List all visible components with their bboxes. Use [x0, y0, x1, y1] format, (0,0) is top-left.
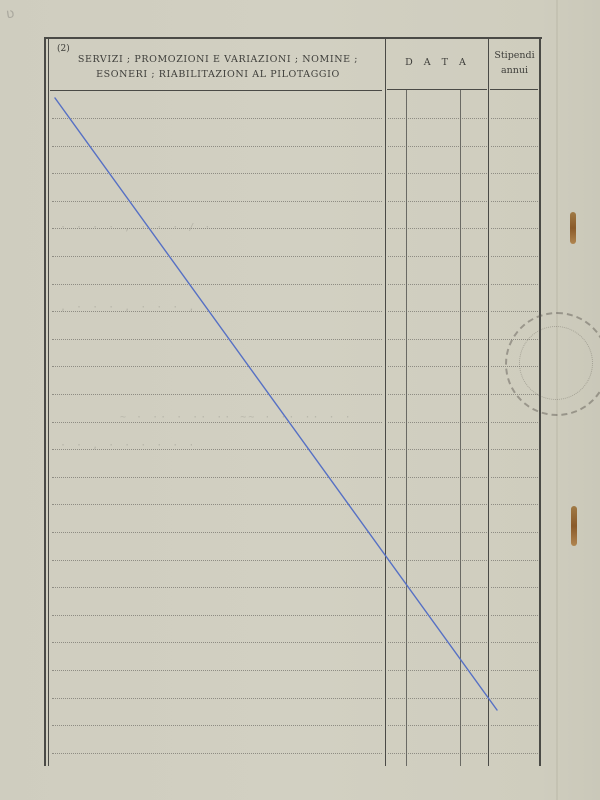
cancellation-diagonal-line [0, 0, 600, 800]
document-page: ʋ (2) SERVIZI ; PROMOZIONI E VARIAZIONI … [0, 0, 600, 800]
